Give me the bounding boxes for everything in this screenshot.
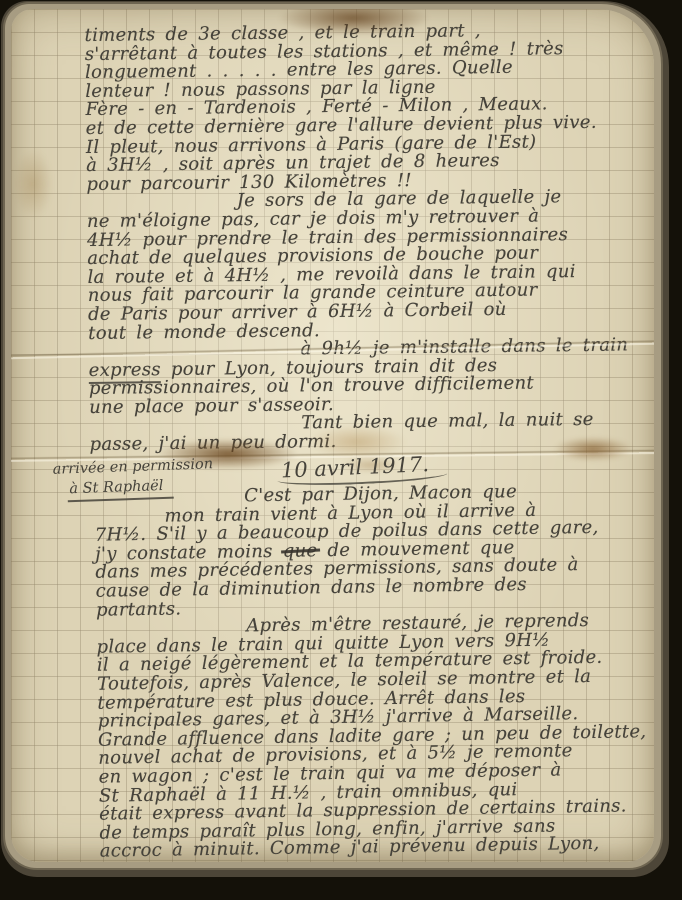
diary-photo: timents de 3e classe , et le train part … (0, 0, 682, 900)
stain (554, 437, 632, 461)
notebook-page: timents de 3e classe , et le train part … (11, 9, 654, 862)
handwritten-line: accroc à minuit. Comme j'ai prévenu depu… (100, 834, 653, 861)
stain (13, 149, 53, 219)
entry-text-top: timents de 3e classe , et le train part … (11, 9, 654, 456)
entry-text-bottom: C'est par Dijon, Macon que mon train vie… (11, 481, 654, 862)
struck-word: que (283, 540, 318, 562)
